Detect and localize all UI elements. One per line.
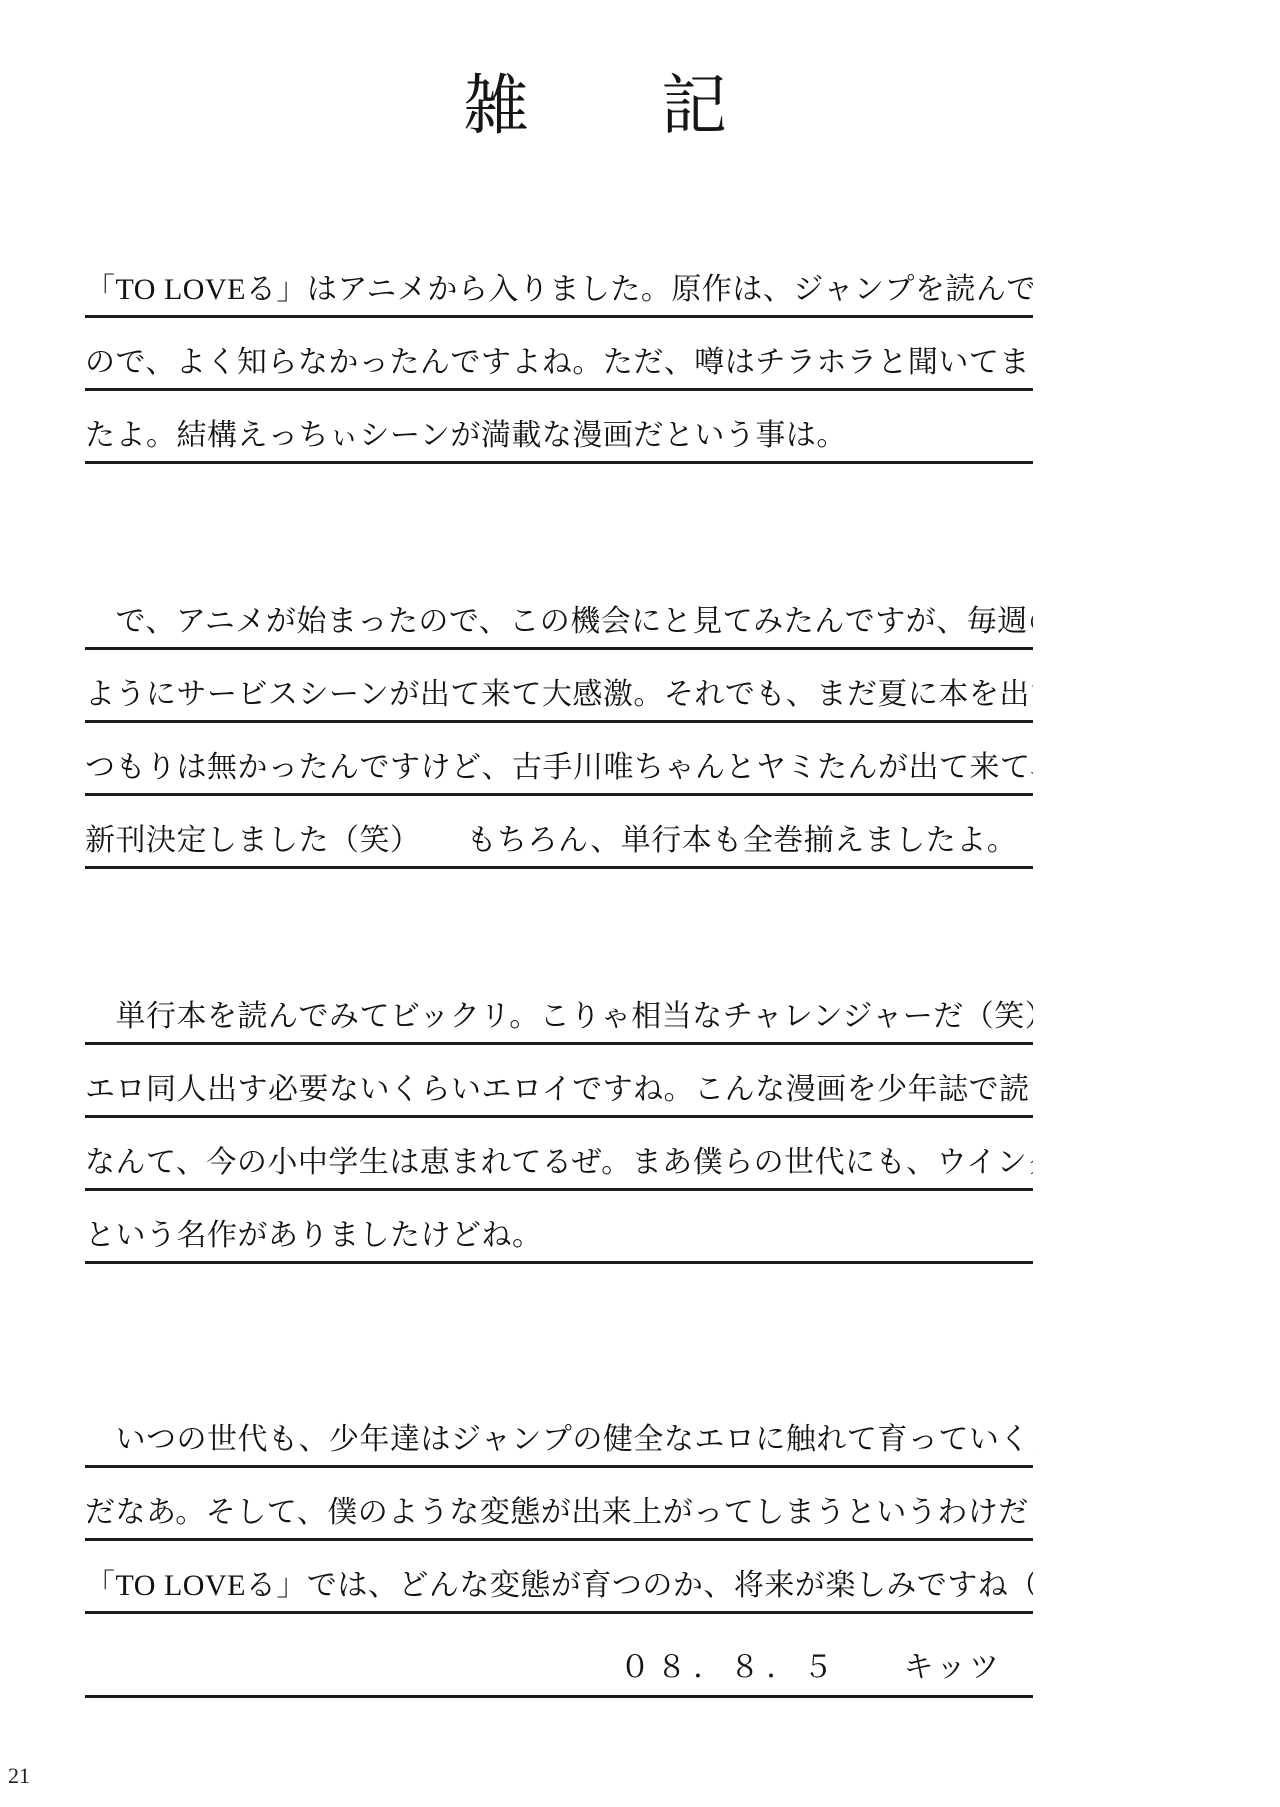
text-line: 「TO LOVEる」では、どんな変態が育つのか、将来が楽しみですね（笑）: [85, 1541, 1033, 1614]
signature-date: ０８．８．５: [620, 1642, 840, 1686]
text-line: という名作がありましたけどね。: [85, 1191, 1033, 1264]
text-line: 新刊決定しました（笑） もちろん、単行本も全巻揃えましたよ。: [85, 796, 1033, 869]
paragraphs: 「TO LOVEる」はアニメから入りました。原作は、ジャンプを読んでないので、よ…: [85, 245, 1033, 1614]
signature-line: ０８．８．５ キッツ: [85, 1625, 1033, 1698]
text-line: 単行本を読んでみてビックリ。こりゃ相当なチャレンジャーだ（笑）: [85, 972, 1033, 1045]
text-line: 「TO LOVEる」はアニメから入りました。原作は、ジャンプを読んでない: [85, 245, 1033, 318]
body-text: 「TO LOVEる」はアニメから入りました。原作は、ジャンプを読んでないので、よ…: [85, 0, 1033, 1698]
text-line: で、アニメが始まったので、この機会にと見てみたんですが、毎週の: [85, 577, 1033, 650]
paragraph: 単行本を読んでみてビックリ。こりゃ相当なチャレンジャーだ（笑）エロ同人出す必要な…: [85, 972, 1033, 1264]
text-line: ので、よく知らなかったんですよね。ただ、噂はチラホラと聞いてまし: [85, 318, 1033, 391]
document-page: 雑 記 「TO LOVEる」はアニメから入りました。原作は、ジャンプを読んでない…: [0, 0, 1280, 1807]
text-line: エロ同人出す必要ないくらいエロイですね。こんな漫画を少年誌で読める: [85, 1045, 1033, 1118]
text-line: たよ。結構えっちぃシーンが満載な漫画だという事は。: [85, 391, 1033, 464]
text-line: ようにサービスシーンが出て来て大感激。それでも、まだ夏に本を出す: [85, 650, 1033, 723]
signature-name: キッツ: [904, 1642, 1002, 1686]
paragraph: で、アニメが始まったので、この機会にと見てみたんですが、毎週のようにサービスシー…: [85, 577, 1033, 869]
paragraph: 「TO LOVEる」はアニメから入りました。原作は、ジャンプを読んでないので、よ…: [85, 245, 1033, 464]
paragraph: いつの世代も、少年達はジャンプの健全なエロに触れて育っていくんだなあ。そして、僕…: [85, 1395, 1033, 1614]
text-line: いつの世代も、少年達はジャンプの健全なエロに触れて育っていくん: [85, 1395, 1033, 1468]
text-line: だなあ。そして、僕のような変態が出来上がってしまうというわけだ（＾ ＾；）: [85, 1468, 1033, 1541]
page-number: 21: [8, 1763, 30, 1789]
text-line: なんて、今の小中学生は恵まれてるぜ。まあ僕らの世代にも、ウイングマン: [85, 1118, 1033, 1191]
text-line: つもりは無かったんですけど、古手川唯ちゃんとヤミたんが出て来て、: [85, 723, 1033, 796]
